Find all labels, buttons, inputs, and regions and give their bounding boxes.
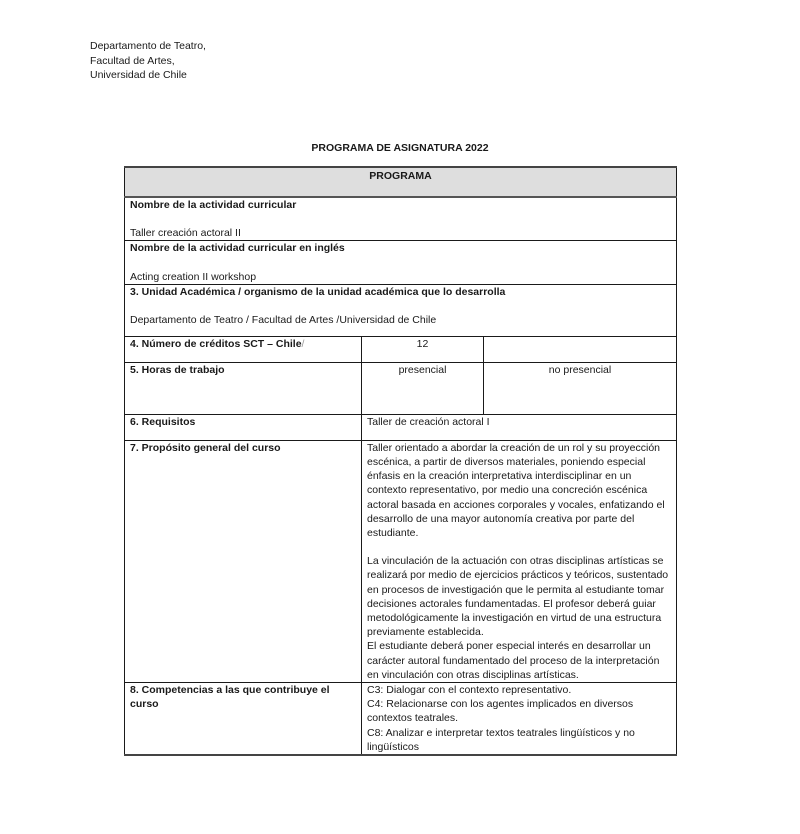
academic-unit-value: Departamento de Teatro / Facultad de Art… bbox=[130, 313, 671, 327]
purpose-row: 7. Propósito general del curso Taller or… bbox=[125, 440, 677, 682]
work-hours-row: 5. Horas de trabajo presencial no presen… bbox=[125, 362, 677, 414]
work-hours-no-presencial: no presencial bbox=[484, 362, 677, 414]
credits-extra bbox=[484, 336, 677, 362]
activity-name-english-row: Nombre de la actividad curricular en ing… bbox=[125, 241, 677, 284]
requirements-value: Taller de creación actoral I bbox=[362, 414, 677, 440]
purpose-label: 7. Propósito general del curso bbox=[125, 440, 362, 682]
requirements-row: 6. Requisitos Taller de creación actoral… bbox=[125, 414, 677, 440]
credits-value: 12 bbox=[362, 336, 484, 362]
purpose-paragraph-3: El estudiante deberá poner especial inte… bbox=[367, 639, 671, 682]
work-hours-presencial: presencial bbox=[362, 362, 484, 414]
credits-label: 4. Número de créditos SCT – Chile bbox=[130, 338, 302, 350]
activity-name-cell: Nombre de la actividad curricular Taller… bbox=[125, 197, 677, 241]
section-header: PROGRAMA bbox=[125, 167, 677, 197]
activity-name-label: Nombre de la actividad curricular bbox=[130, 198, 671, 212]
competencies-row: 8. Competencias a las que contribuye el … bbox=[125, 683, 677, 756]
activity-name-english-label: Nombre de la actividad curricular en ing… bbox=[130, 241, 671, 255]
requirements-label: 6. Requisitos bbox=[125, 414, 362, 440]
credits-label-suffix: / bbox=[302, 338, 305, 350]
activity-name-english-cell: Nombre de la actividad curricular en ing… bbox=[125, 241, 677, 284]
competencies-cell: C3: Dialogar con el contexto representat… bbox=[362, 683, 677, 756]
activity-name-english-value: Acting creation II workshop bbox=[130, 270, 671, 284]
faculty-line: Facultad de Artes, bbox=[90, 54, 206, 69]
credits-row: 4. Número de créditos SCT – Chile/ 12 bbox=[125, 336, 677, 362]
section-header-row: PROGRAMA bbox=[125, 167, 677, 197]
institution-header: Departamento de Teatro, Facultad de Arte… bbox=[90, 39, 206, 83]
competency-item: C4: Relacionarse con los agentes implica… bbox=[367, 697, 671, 725]
purpose-paragraph-2: La vinculación de la actuación con otras… bbox=[367, 554, 671, 639]
academic-unit-cell: 3. Unidad Académica / organismo de la un… bbox=[125, 284, 677, 336]
academic-unit-row: 3. Unidad Académica / organismo de la un… bbox=[125, 284, 677, 336]
activity-name-row: Nombre de la actividad curricular Taller… bbox=[125, 197, 677, 241]
activity-name-value: Taller creación actoral II bbox=[130, 226, 671, 240]
purpose-paragraph-1: Taller orientado a abordar la creación d… bbox=[367, 441, 671, 540]
purpose-cell: Taller orientado a abordar la creación d… bbox=[362, 440, 677, 682]
work-hours-label: 5. Horas de trabajo bbox=[125, 362, 362, 414]
program-table: PROGRAMA Nombre de la actividad curricul… bbox=[124, 166, 677, 756]
document-title: PROGRAMA DE ASIGNATURA 2022 bbox=[0, 141, 800, 155]
department-line: Departamento de Teatro, bbox=[90, 39, 206, 54]
competency-item: C3: Dialogar con el contexto representat… bbox=[367, 683, 671, 697]
credits-label-cell: 4. Número de créditos SCT – Chile/ bbox=[125, 336, 362, 362]
competencies-label: 8. Competencias a las que contribuye el … bbox=[125, 683, 362, 756]
university-line: Universidad de Chile bbox=[90, 68, 206, 83]
academic-unit-label: 3. Unidad Académica / organismo de la un… bbox=[130, 285, 671, 299]
competency-item: C8: Analizar e interpretar textos teatra… bbox=[367, 726, 671, 754]
